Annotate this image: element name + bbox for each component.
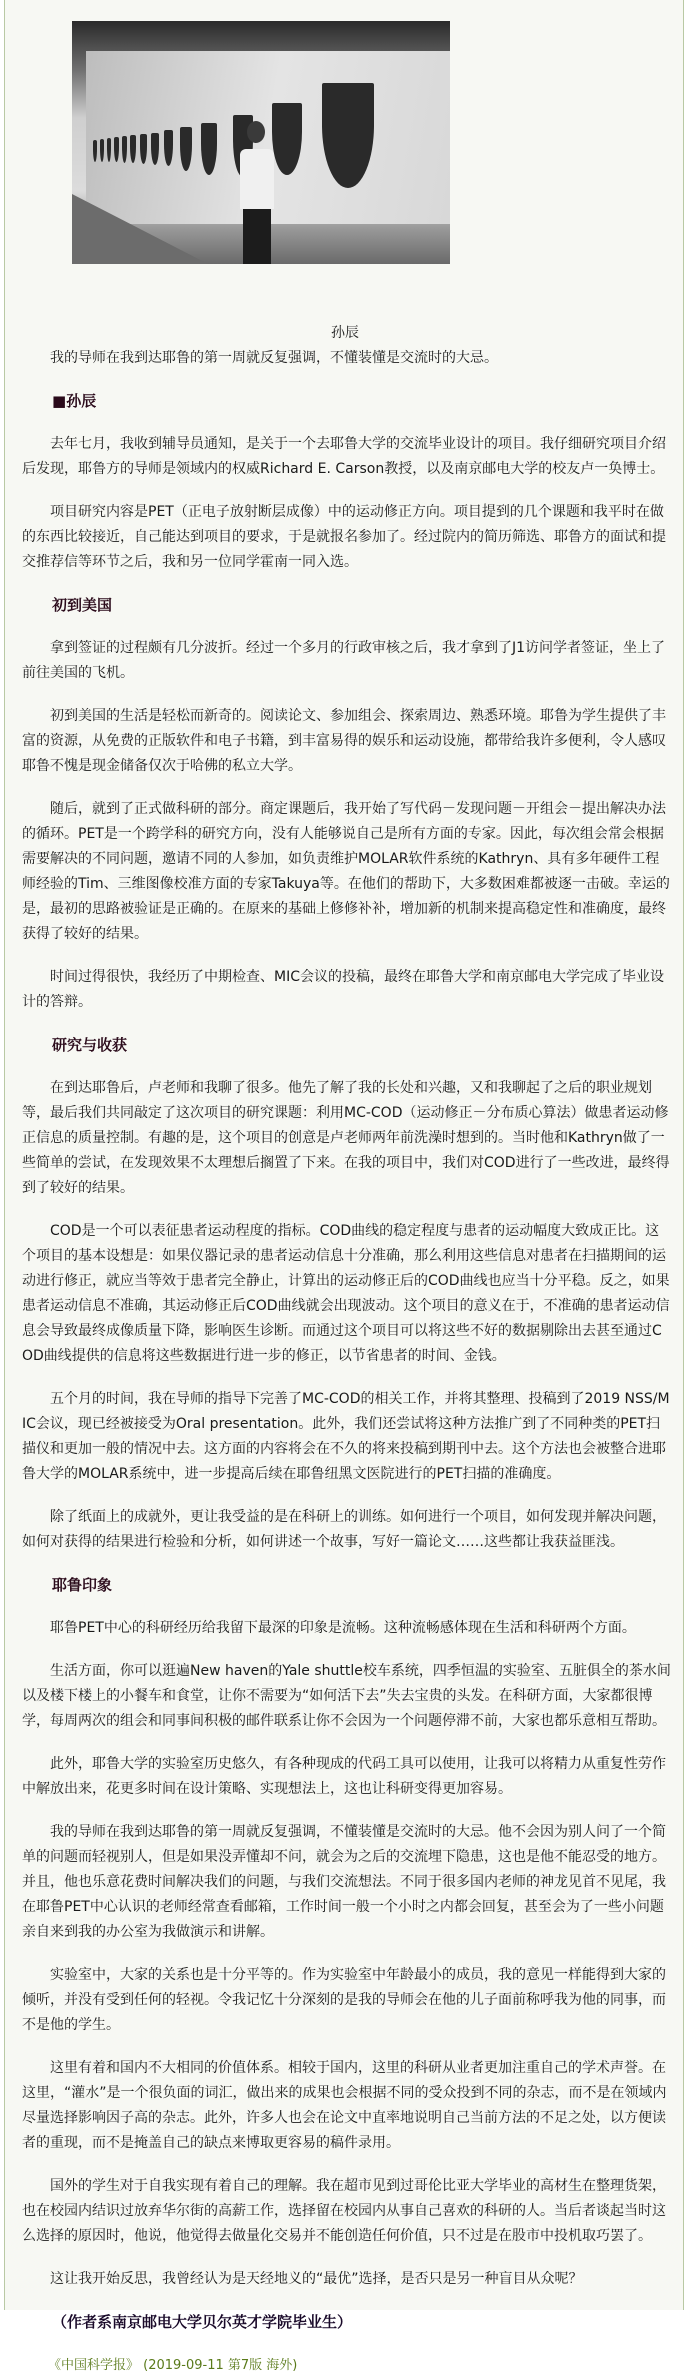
section-heading: 耶鲁印象 [22, 1573, 672, 1598]
author-name: 孙辰 [66, 392, 96, 410]
person-head [247, 121, 265, 143]
paragraph: 拿到签证的过程颇有几分波折。经过一个多月的行政审核之后，我才拿到了J1访问学者签… [22, 636, 672, 686]
person-figure [237, 121, 277, 264]
person-shirt [240, 149, 274, 209]
paragraph: COD是一个可以表征患者运动程度的指标。COD曲线的稳定程度与患者的运动幅度大致… [22, 1219, 672, 1369]
article-body: 我的导师在我到达耶鲁的第一周就反复强调，不懂装懂是交流时的大忌。 ■孙辰 去年七… [22, 346, 672, 2310]
paragraph: 生活方面，你可以逛遍New haven的Yale shuttle校车系统，四季恒… [22, 1659, 672, 1734]
lead-paragraph: 我的导师在我到达耶鲁的第一周就反复强调，不懂装懂是交流时的大忌。 [22, 346, 672, 371]
article-photo [72, 21, 450, 264]
section-heading: 初到美国 [22, 593, 672, 618]
person-pants [243, 209, 271, 264]
paragraph: 五个月的时间，我在导师的指导下完善了MC-COD的相关工作，并将其整理、投稿到了… [22, 1387, 672, 1487]
paragraph: 在到达耶鲁后，卢老师和我聊了很多。他先了解了我的长处和兴趣，又和我聊起了之后的职… [22, 1076, 672, 1201]
paragraph: 随后，就到了正式做科研的部分。商定课题后，我开始了写代码－发现问题－开组会－提出… [22, 797, 672, 947]
paragraph: 去年七月，我收到辅导员通知，是关于一个去耶鲁大学的交流毕业设计的项目。我仔细研究… [22, 432, 672, 482]
section-heading: 研究与收获 [22, 1033, 672, 1058]
paragraph: 初到美国的生活是轻松而新奇的。阅读论文、参加组会、探索周边、熟悉环境。耶鲁为学生… [22, 704, 672, 779]
photo-caption: 孙辰 [5, 322, 685, 342]
paragraph: 我的导师在我到达耶鲁的第一周就反复强调，不懂装懂是交流时的大忌。他不会因为别人问… [22, 1820, 672, 1945]
paragraph: 国外的学生对于自我实现有着自己的理解。我在超市见到过哥伦比亚大学毕业的高材生在整… [22, 2174, 672, 2249]
paragraph: 耶鲁PET中心的科研经历给我留下最深的印象是流畅。这种流畅感体现在生活和科研两个… [22, 1616, 672, 1641]
paragraph: 这里有着和国内不大相同的价值体系。相较于国内，这里的科研从业者更加注重自己的学术… [22, 2056, 672, 2156]
author-heading: ■孙辰 [22, 389, 672, 414]
article-page: 孙辰 我的导师在我到达耶鲁的第一周就反复强调，不懂装懂是交流时的大忌。 ■孙辰 … [4, 0, 684, 2310]
paragraph: 此外，耶鲁大学的实验室历史悠久，有各种现成的代码工具可以使用，让我可以将精力从重… [22, 1752, 672, 1802]
paragraph: 这让我开始反思，我曾经认为是天经地义的“最优”选择，是否只是另一种盲目从众呢？ [22, 2267, 672, 2292]
bullet-icon: ■ [52, 392, 66, 410]
paragraph: 实验室中，大家的关系也是十分平等的。作为实验室中年龄最小的成员，我的意见一样能得… [22, 1963, 672, 2038]
paragraph: 除了纸面上的成就外，更让我受益的是在科研上的训练。如何进行一个项目，如何发现并解… [22, 1505, 672, 1555]
paragraph: 时间过得很快，我经历了中期检查、MIC会议的投稿，最终在耶鲁大学和南京邮电大学完… [22, 965, 672, 1015]
paragraph: 项目研究内容是PET（正电子放射断层成像）中的运动修正方向。项目提到的几个课题和… [22, 500, 672, 575]
